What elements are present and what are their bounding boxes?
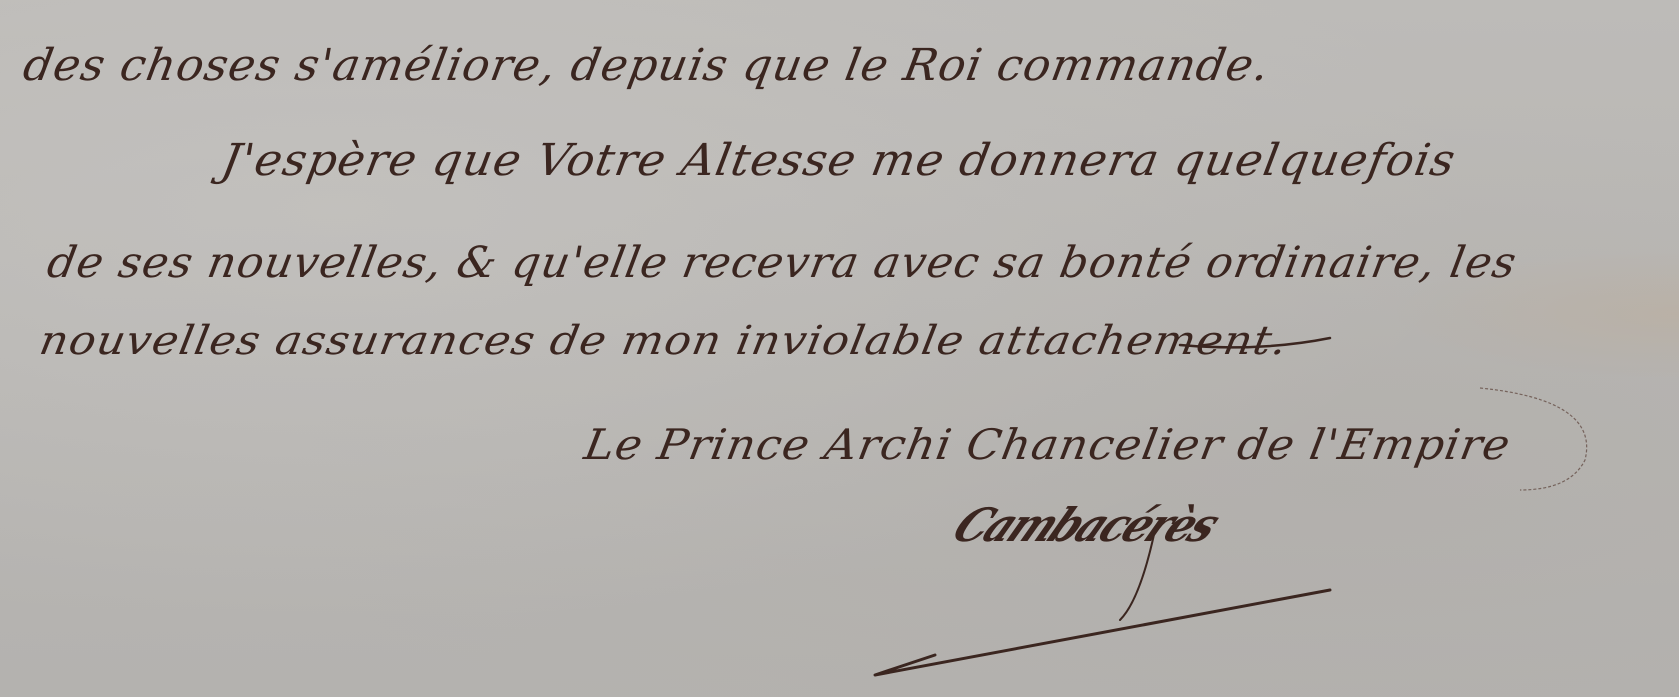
letter-page: des choses s'améliore, depuis que le Roi… (0, 0, 1679, 697)
letter-line-2: J'espère que Votre Altesse me donnera qu… (218, 135, 1460, 186)
letter-line-1: des choses s'améliore, depuis que le Roi… (20, 40, 1274, 91)
letter-line-3: de ses nouvelles, & qu'elle recevra avec… (44, 238, 1521, 288)
signature: Cambacérès (944, 498, 1228, 552)
letter-line-4: nouvelles assurances de mon inviolable a… (36, 318, 1291, 364)
closing-title: Le Prince Archi Chancelier de l'Empire (581, 420, 1515, 469)
